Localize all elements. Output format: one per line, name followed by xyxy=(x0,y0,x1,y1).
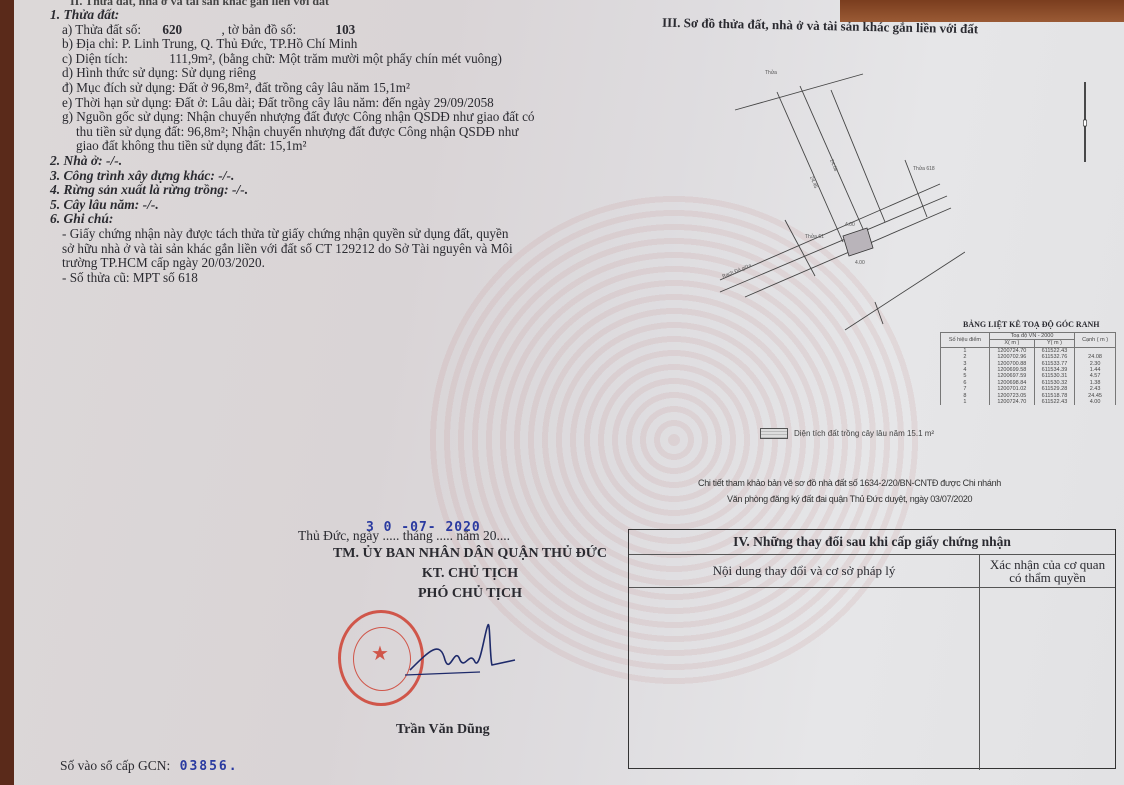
svg-text:Thửa 618: Thửa 618 xyxy=(913,165,935,172)
coord-row: 11200724.70611522.434.00 xyxy=(941,399,1116,405)
star-icon: ★ xyxy=(371,641,389,666)
address: b) Địa chỉ: P. Linh Trung, Q. Thủ Đức, T… xyxy=(50,37,610,52)
hatch-swatch-icon xyxy=(760,428,788,439)
usage-origin-cont: thu tiền sử dụng đất: 96,8m²; Nhận chuyể… xyxy=(50,125,610,140)
coord-table-title: BẢNG LIỆT KÊ TOẠ ĐỘ GÓC RANH xyxy=(963,320,1099,329)
map-legend: Diện tích đất trồng cây lâu năm 15.1 m² xyxy=(760,428,934,439)
signer-role-1: KT. CHỦ TỊCH xyxy=(290,564,650,584)
reference-note-2: Văn phòng đăng ký đất đai quận Thủ Đức d… xyxy=(727,494,972,504)
note-line: trường TP.HCM cấp ngày 20/03/2020. xyxy=(50,256,610,271)
date-stamp: 3 0 -07- 2020 xyxy=(366,520,481,535)
land-info-section: 1. Thửa đất: a) Thửa đất số: 620 , tờ bả… xyxy=(50,8,610,285)
map-label: Thửa xyxy=(765,69,777,76)
svg-text:Rạch Đá giữa: Rạch Đá giữa xyxy=(722,263,753,280)
usage-origin-cont2: giao đất không thu tiền sử dụng đất: 15,… xyxy=(50,139,610,154)
coordinate-table: Số hiệu điểm Toạ độ VN - 2000 Cạnh ( m )… xyxy=(940,332,1116,405)
section-4: 4. Rừng sản xuất là rừng trồng: -/-. xyxy=(50,183,610,198)
col-change-content: Nội dung thay đổi và cơ sở pháp lý xyxy=(629,555,980,587)
svg-text:Thửa 61: Thửa 61 xyxy=(805,233,824,240)
gcn-registry: Số vào sổ cấp GCN: 03856. xyxy=(60,758,239,774)
section-3: 3. Công trình xây dựng khác: -/-. xyxy=(50,169,610,184)
col-authority-confirmation: Xác nhận của cơ quan có thẩm quyền xyxy=(980,555,1115,587)
usage-term: e) Thời hạn sử dụng: Đất ở: Lâu dài; Đất… xyxy=(50,96,610,111)
coord-row: 11200724.70611522.43 xyxy=(941,347,1116,354)
map-sheet-number: 103 xyxy=(335,22,355,37)
area-line: c) Diện tích: 111,9m², (bằng chữ: Một tr… xyxy=(50,52,610,67)
signature-block: Thủ Đức, ngày ..... tháng ..... năm 20..… xyxy=(290,528,650,604)
gcn-number: 03856. xyxy=(180,759,239,774)
parcel-number-line: a) Thửa đất số: 620 , tờ bản đồ số: 103 xyxy=(50,23,610,38)
change-content-cell xyxy=(629,588,980,770)
north-arrow-icon xyxy=(1083,82,1087,162)
svg-text:24.08: 24.08 xyxy=(828,159,838,173)
note-line: - Giấy chứng nhận này được tách thửa từ … xyxy=(50,227,610,242)
usage-form: d) Hình thức sử dụng: Sử dụng riêng xyxy=(50,66,610,81)
section-2: 2. Nhà ở: -/-. xyxy=(50,154,610,169)
usage-purpose: đ) Mục đích sử dụng: Đất ở 96,8m², đất t… xyxy=(50,81,610,96)
parcel-number: 620 xyxy=(162,22,182,37)
note-line: sở hữu nhà ở và tài sản khác gắn liền vớ… xyxy=(50,242,610,257)
signer-name: Trần Văn Dũng xyxy=(396,722,490,738)
parcel-map: Thửa 24.45 24.08 Thửa 61 Thửa 618 Rạch Đ… xyxy=(715,62,965,332)
section-5: 5. Cây lâu năm: -/-. xyxy=(50,198,610,213)
handwritten-signature xyxy=(400,620,520,680)
svg-text:24.45: 24.45 xyxy=(808,176,818,190)
section-6-title: 6. Ghi chú: xyxy=(50,212,610,227)
svg-text:4.00: 4.00 xyxy=(855,260,865,266)
area-value: 111,9m², (bằng chữ: Một trăm mười một ph… xyxy=(169,51,502,66)
signer-role-2: PHÓ CHỦ TỊCH xyxy=(290,584,650,604)
old-parcel-note: - Số thửa cũ: MPT số 618 xyxy=(50,271,610,286)
reference-note: Chi tiết tham khảo bản vẽ sơ đồ nhà đất … xyxy=(698,478,1001,488)
section-1-title: 1. Thửa đất: xyxy=(50,8,610,23)
changes-title: IV. Những thay đổi sau khi cấp giấy chứn… xyxy=(629,530,1115,555)
usage-origin: g) Nguồn gốc sử dụng: Nhận chuyển nhượng… xyxy=(50,110,610,125)
issue-date-line: Thủ Đức, ngày ..... tháng ..... năm 20..… xyxy=(290,528,650,544)
svg-text:4.00: 4.00 xyxy=(845,222,855,228)
changes-table: IV. Những thay đổi sau khi cấp giấy chứn… xyxy=(628,529,1116,769)
issuing-org: TM. ỦY BAN NHÂN DÂN QUẬN THỦ ĐỨC xyxy=(290,544,650,564)
